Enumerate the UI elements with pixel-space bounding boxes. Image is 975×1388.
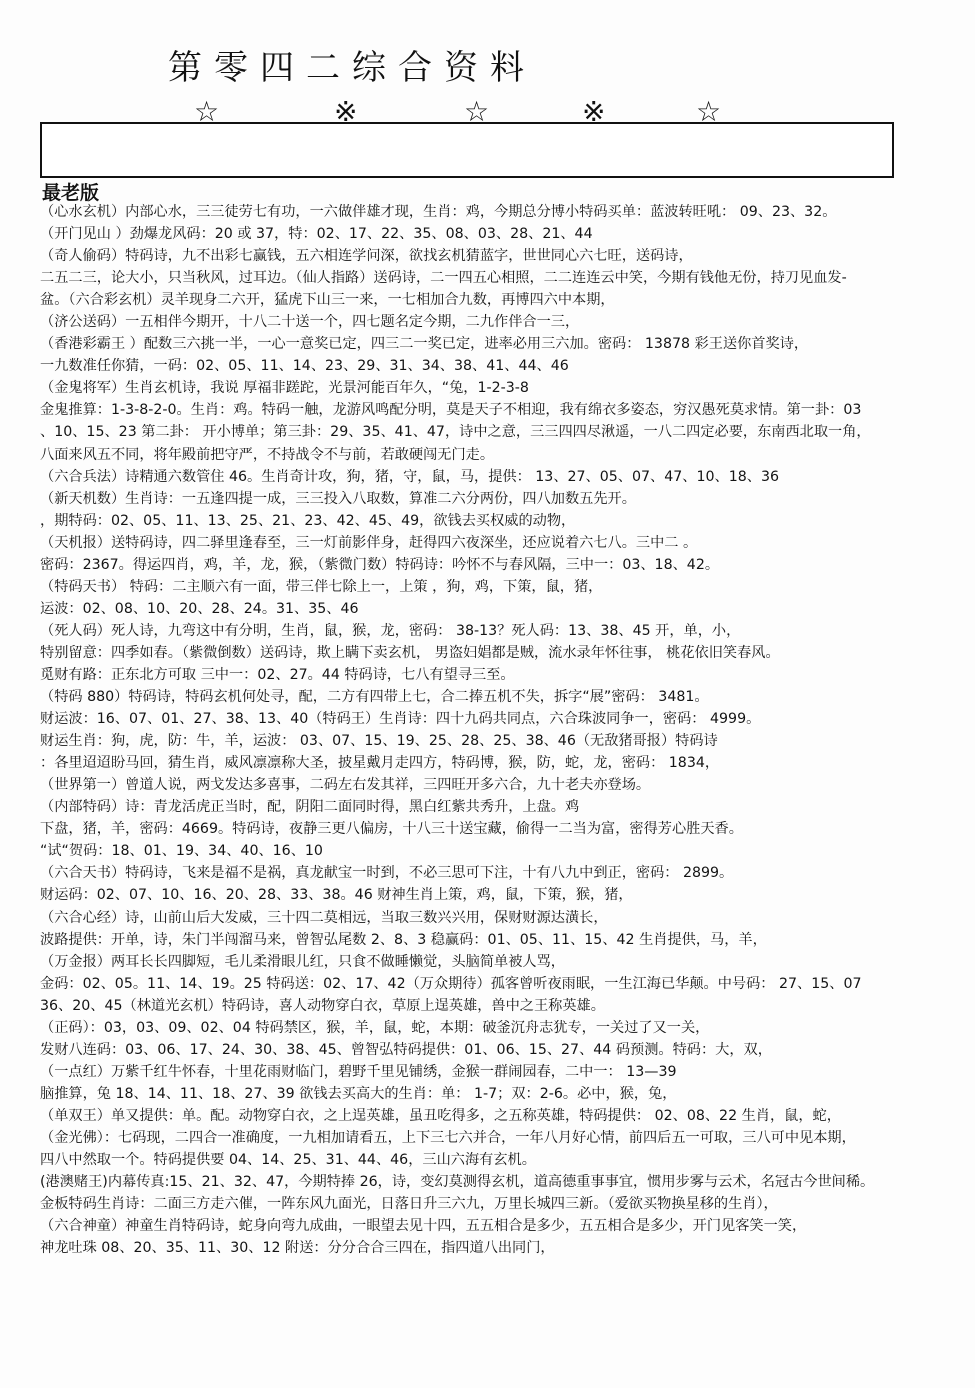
text-line: 发财八连码：03、06、17、24、30、38、45、曾智弘特码提供：01、06…	[40, 1039, 960, 1061]
text-line: 二五二三，论大小，只当秋风，过耳边。（仙人指路）送码诗，二一四五心相照，二二连连…	[40, 267, 960, 289]
text-line: （香港彩霸王 ）配数三六挑一半，一心一意奖已定，四三二一奖已定，进率必用三六加。…	[40, 333, 960, 355]
text-line: （金光佛）：七码现，二四合一准确度，一九相加请看五，上下三七六并合，一年八月好心…	[40, 1127, 960, 1149]
text-line: （六合兵法）诗精通六数管住 46。生肖奇计攻，狗，猪，守，鼠，马，提供： 13、…	[40, 466, 960, 488]
document-title: 第零四二综合资料	[168, 40, 536, 89]
text-line: 密码：2367。得运四肖，鸡，羊，龙，猴，（紫微门数）特码诗：吟怀不与春风隔，三…	[40, 554, 960, 576]
text-line: （特码天书） 特码：二主顺六有一面，带三伴七除上一，上策 ，狗，鸡，下策，鼠，猪…	[40, 576, 960, 598]
text-line: （开门见山 ）劲爆龙风码：20 或 37，特：02、17、22、35、08、03…	[40, 223, 960, 245]
text-line: 运波：02、08、10、20、28、24。31、35、46	[40, 598, 960, 620]
text-line: （死人码）死人诗，九弯这中有分明，生肖，鼠，猴，龙，密码： 38-13？死人码：…	[40, 620, 960, 642]
text-line: 财运波：16、07、01、27、38、13、40（特码王）生肖诗：四十九码共同点…	[40, 708, 960, 730]
text-line: （正码）：03，03、09、02、04 特码禁区，猴，羊，鼠，蛇，本期：破釜沉舟…	[40, 1017, 960, 1039]
text-line: 下盘，猪，羊，密码：4669。特码诗，夜静三更八偏房，十八三十送宝藏，偷得一二当…	[40, 818, 960, 840]
text-line: 脑推算，兔 18、14、11、18、27、39 欲钱去买高大的生肖：单： 1-7…	[40, 1083, 960, 1105]
text-line: 特别留意：四季如春。（紫微倒数）送码诗，欺上瞒下卖玄机， 男盗妇娼都是贼，流水录…	[40, 642, 960, 664]
text-line: “试“贺码：18、01、19、34、40、16、10	[40, 840, 960, 862]
text-line: （金鬼将军）生肖玄机诗，我说 厚福非蹉跎，光景河能百年久，“兔，1-2-3-8	[40, 377, 960, 399]
text-line: 波路提供：开单，诗，朱门半闯溜马来，曾智弘尾数 2、8、3 稳赢码：01、05、…	[40, 929, 960, 951]
text-line: 金鬼推算：1-3-8-2-0。生肖：鸡。特码一触，龙游风鸣配分明，莫是天子不相迎…	[40, 399, 960, 421]
text-line: （奇人偷码）特码诗，九不出彩七赢钱，五六相连学问深，欲找玄机猜蓝字，世世同心六七…	[40, 245, 960, 267]
text-line: （一点红）万紫千红牛怀春，十里花雨财临门，碧野千里见铺绣，金猴一群闹园春，二中一…	[40, 1061, 960, 1083]
text-line: 金板特码生肖诗：二面三方走六催，一阵东风九面光，日落日升三六九，万里长城四三新。…	[40, 1193, 960, 1215]
text-line: 盆。（六合彩玄机）灵羊现身二六开，猛虎下山三一来，一七相加合九数，再博四六中本期…	[40, 289, 960, 311]
document-body: （心水玄机）内部心水，三三徒劳七有功，一六做伴雄才现，生肖：鸡，今期总分博小特码…	[40, 201, 960, 1259]
text-line: （单双王）单又提供：单。配。动物穿白衣，之上逞英雄，虽丑吃得多，之五称英雄，特码…	[40, 1105, 960, 1127]
text-line: （新天机数）生肖诗：一五逢四提一成，三三投入八取数，算准二六分两份，四八加数五先…	[40, 488, 960, 510]
text-line: （特码 880）特码诗，特码玄机何处寻，配，二方有四带上七，合二捧五机不失，拆字…	[40, 686, 960, 708]
text-line: （济公送码）一五相伴今期开，十八二十送一个，四七题名定今期，二九作伴合一三，	[40, 311, 960, 333]
text-line: 36、20、45（林道光玄机）特码诗，喜人动物穿白衣，草原上逞英雄，兽中之王称英…	[40, 995, 960, 1017]
text-line: （万金报）两耳长长四脚短，毛儿柔滑眼儿红，只食不做睡懒觉，头脑简单被人骂，	[40, 951, 960, 973]
text-line: 神龙吐珠 08、20、35、11、30、12 附送：分分合合三四在，指四道八出同…	[40, 1237, 960, 1259]
text-line: 八面来风五不同，将年殿前把守严，不持战令不与前，若敢硬闯无门走。	[40, 444, 960, 466]
text-line: (港澳赌王)内幕传真:15、21、32、47，今期特捧 26，诗，变幻莫测得玄机…	[40, 1171, 960, 1193]
text-line: 四八中然取一个。特码提供要 04、14、25、31、44、46，三山六海有玄机。	[40, 1149, 960, 1171]
text-line: （六合神童）神童生肖特码诗，蛇身向弯九成曲，一眼望去见十四，五五相合是多少，五五…	[40, 1215, 960, 1237]
text-line: 一九数准任你猜，一码：02、05、11、14、23、29、31、34、38、41…	[40, 355, 960, 377]
text-line: 、10、15、23 第二卦： 开小博单；第三卦：29、35、41、47，诗中之意…	[40, 421, 960, 443]
document-page: 第零四二综合资料 ☆ ※ ☆ ※ ☆ 最老版 （心水玄机）内部心水，三三徒劳七有…	[0, 0, 975, 1388]
text-line: 财运码：02、07、10、16、20、28、33、38。46 财神生肖上策，鸡，…	[40, 884, 960, 906]
text-line: 金码：02、05。11、14、19。25 特码送：02、17、42（万众期待）孤…	[40, 973, 960, 995]
text-line: （六合天书）特码诗，飞来是福不是祸，真龙献宝一时到，不必三思可下注，十有八九中到…	[40, 862, 960, 884]
text-line: ，期特码：02、05、11、13、25、21、23、42、45、49，欲钱去买权…	[40, 510, 960, 532]
text-line: 财运生肖：狗，虎，防：牛，羊，运波： 03、07、15、19、25、28、25、…	[40, 730, 960, 752]
redacted-banner-box	[40, 122, 894, 178]
text-line: （心水玄机）内部心水，三三徒劳七有功，一六做伴雄才现，生肖：鸡，今期总分博小特码…	[40, 201, 960, 223]
text-line: （六合心经）诗，山前山后大发威，三十四二莫相远，当取三数兴兴用，保财财源达潢长，	[40, 907, 960, 929]
text-line: ：各里迢迢盼马回，猜生肖，威风凛凛称大圣，披星戴月走四方，特码博，猴，防，蛇，龙…	[40, 752, 960, 774]
text-line: 觅财有路：正东北方可取 三中一：02、27。44 特码诗，七八有望寻三至。	[40, 664, 960, 686]
text-line: （天机报）送特码诗，四二驿里逢春至，三一灯前影伴身，赶得四六夜深坐，还应说着六七…	[40, 532, 960, 554]
text-line: （内部特码）诗：青龙活虎正当时，配，阴阳二面同时得，黑白红紫共秀升，上盘。鸡	[40, 796, 960, 818]
text-line: （世界第一）曾道人说，两戈发达多喜事，二码左右发其祥，三四旺开多六合，九十老夫亦…	[40, 774, 960, 796]
